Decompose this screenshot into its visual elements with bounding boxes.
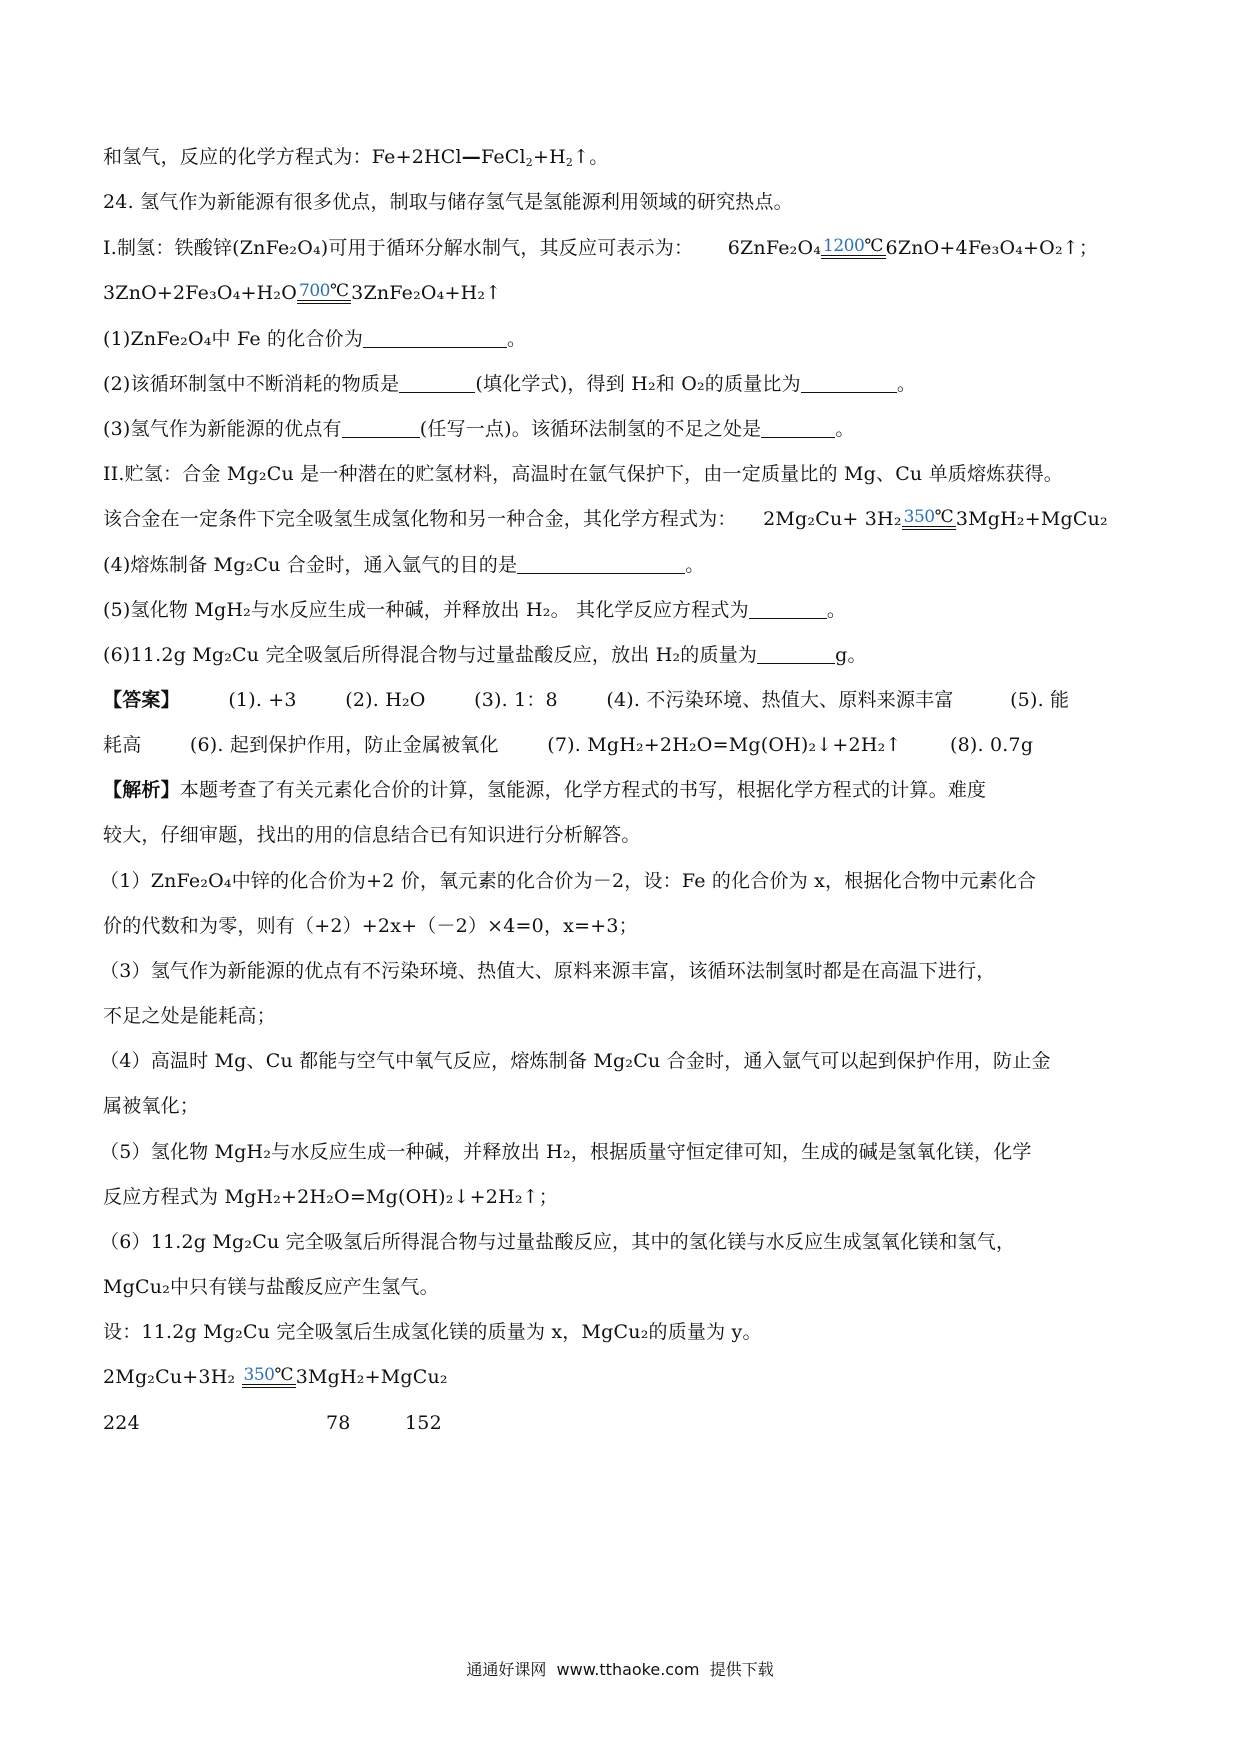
analysis-p6-text-2: MgCu₂中只有镁与盐酸反应产生氢气。: [103, 1276, 439, 1298]
analysis-intro-text-2: 较大，仔细审题，找出的用的信息结合已有知识进行分析解答。: [103, 824, 641, 846]
analysis-intro-line-2: 较大，仔细审题，找出的用的信息结合已有知识进行分析解答。: [103, 822, 641, 848]
q2-end: 。: [897, 373, 916, 395]
q1-end: 。: [507, 328, 526, 350]
q3-mid-text: (任写一点)。该循环法制氢的不足之处是: [420, 418, 762, 440]
mass-mg2cu: 224: [103, 1410, 140, 1436]
answer-item-8: (8). 0.7g: [950, 734, 1033, 756]
answer-label: 【答案】: [103, 689, 180, 711]
analysis-p1-text: （1）ZnFe₂O₄中锌的化合价为+2 价，氧元素的化合价为－2，设：Fe 的化…: [100, 870, 1036, 892]
part2-equation-line: 该合金在一定条件下完全吸氢生成氢化物和另一种合金，其化学方程式为： 2Mg₂Cu…: [103, 506, 1108, 532]
analysis-part-6-line-1: （6）11.2g Mg₂Cu 完全吸氢后所得混合物与过量盐酸反应，其中的氢化镁与…: [100, 1229, 1015, 1255]
eq1-reactants: 6ZnFe₂O₄: [728, 237, 821, 259]
condition-temperature: 1200: [823, 236, 864, 256]
analysis-label: 【解析】: [103, 779, 180, 801]
subquestion-3: (3)氢气作为新能源的优点有(任写一点)。该循环法制氢的不足之处是。: [103, 416, 855, 442]
calc-eq-condition: 350℃: [242, 1365, 296, 1388]
eq1-products: 6ZnO+4Fe₃O₄+O₂↑；: [886, 237, 1099, 259]
answer-item-7: (7). MgH₂+2H₂O=Mg(OH)₂↓+2H₂↑: [547, 734, 901, 756]
reaction-dash: —: [462, 146, 481, 168]
analysis-p3-text-2: 不足之处是能耗高；: [103, 1005, 276, 1027]
analysis-p1-text-2: 价的代数和为零，则有（+2）+2x+（－2）×4=0，x=+3；: [103, 915, 638, 937]
q5-end: 。: [827, 599, 846, 621]
subquestion-1: (1)ZnFe₂O₄中 Fe 的化合价为。: [103, 326, 526, 352]
q1-answer-blank[interactable]: [363, 329, 507, 348]
q3-answer-blank-2[interactable]: [761, 419, 835, 438]
answer-item-2: (2). H₂O: [345, 689, 425, 711]
footer-tail: 提供下载: [710, 1660, 774, 1679]
analysis-p6-text: （6）11.2g Mg₂Cu 完全吸氢后所得混合物与过量盐酸反应，其中的氢化镁与…: [100, 1231, 1015, 1253]
question-number: 24.: [103, 191, 134, 213]
mass-mgcu2: 152: [405, 1410, 442, 1436]
footer-url[interactable]: www.tthaoke.com: [557, 1660, 700, 1679]
q5-text: (5)氢化物 MgH₂与水反应生成一种碱，并释放出 H₂。 其化学反应方程式为: [103, 599, 749, 621]
analysis-p5-text-2: 反应方程式为 MgH₂+2H₂O=Mg(OH)₂↓+2H₂↑；: [103, 1186, 558, 1208]
tail-end: ↑。: [573, 146, 608, 168]
calc-eq-products: 3MgH₂+MgCu₂: [296, 1366, 448, 1388]
analysis-intro-text: 本题考查了有关元素化合价的计算，氢能源，化学方程式的书写，根据化学方程式的计算。…: [180, 779, 986, 801]
condition-temperature: 350: [244, 1365, 275, 1385]
previous-answer-tail: 和氢气，反应的化学方程式为：Fe+2HCl—FeCl2+H2↑。: [103, 144, 608, 170]
eq2-reactants: 3ZnO+2Fe₃O₄+H₂O: [103, 282, 297, 304]
eq2-condition: 700℃: [297, 281, 351, 304]
analysis-p5-text: （5）氢化物 MgH₂与水反应生成一种碱，并释放出 H₂，根据质量守恒定律可知，…: [100, 1141, 1032, 1163]
answer-item-5: (5). 能: [1010, 689, 1069, 711]
subscript: 2: [526, 156, 533, 169]
celsius-symbol: ℃: [330, 281, 349, 301]
analysis-part-4-line-1: （4）高温时 Mg、Cu 都能与空气中氧气反应，熔炼制备 Mg₂Cu 合金时，通…: [100, 1048, 1051, 1074]
condition-temperature: 700: [299, 281, 330, 301]
subquestion-5: (5)氢化物 MgH₂与水反应生成一种碱，并释放出 H₂。 其化学反应方程式为。: [103, 597, 846, 623]
answer-item-3: (3). 1：8: [474, 689, 558, 711]
analysis-part-1-line-2: 价的代数和为零，则有（+2）+2x+（－2）×4=0，x=+3；: [103, 913, 638, 939]
document-page: 和氢气，反应的化学方程式为：Fe+2HCl—FeCl2+H2↑。 24. 氢气作…: [0, 0, 1240, 1754]
answer-line-2: 耗高 (6). 起到保护作用，防止金属被氧化 (7). MgH₂+2H₂O=Mg…: [103, 732, 1033, 758]
part2-eq-reactants: 2Mg₂Cu+ 3H₂: [763, 508, 902, 530]
q3-answer-blank-1[interactable]: [342, 419, 420, 438]
analysis-part-1-line-1: （1）ZnFe₂O₄中锌的化合价为+2 价，氧元素的化合价为－2，设：Fe 的化…: [100, 868, 1036, 894]
analysis-part-4-line-2: 属被氧化；: [103, 1093, 199, 1119]
part2-eq-products: 3MgH₂+MgCu₂: [956, 508, 1108, 530]
q1-text: (1)ZnFe₂O₄中 Fe 的化合价为: [103, 328, 363, 350]
question-stem-text: 氢气作为新能源有很多优点，制取与储存氢气是氢能源利用领域的研究热点。: [140, 191, 793, 213]
analysis-calc-equation: 2Mg₂Cu+3H₂ 350℃3MgH₂+MgCu₂: [103, 1364, 448, 1390]
celsius-symbol: ℃: [935, 507, 954, 527]
q3-end: 。: [835, 418, 854, 440]
q2-answer-blank-2[interactable]: [801, 374, 897, 393]
analysis-let-text: 设：11.2g Mg₂Cu 完全吸氢后生成氢化镁的质量为 x，MgCu₂的质量为…: [103, 1321, 762, 1343]
part1-eq2-line: 3ZnO+2Fe₃O₄+H₂O700℃3ZnFe₂O₄+H₂↑: [103, 280, 501, 306]
eq1-condition: 1200℃: [821, 236, 885, 259]
answer-item-4: (4). 不污染环境、热值大、原料来源丰富: [606, 689, 953, 711]
q5-answer-blank[interactable]: [749, 600, 827, 619]
mass-mgh2: 78: [326, 1410, 351, 1436]
q6-text: (6)11.2g Mg₂Cu 完全吸氢后所得混合物与过量盐酸反应，放出 H₂的质…: [103, 644, 757, 666]
analysis-part-3-line-2: 不足之处是能耗高；: [103, 1003, 276, 1029]
analysis-part-3-line-1: （3）氢气作为新能源的优点有不污染环境、热值大、原料来源丰富，该循环法制氢时都是…: [100, 958, 996, 984]
tail-product-2: +H: [533, 146, 566, 168]
analysis-part-6-line-2: MgCu₂中只有镁与盐酸反应产生氢气。: [103, 1274, 439, 1300]
q6-answer-blank[interactable]: [757, 645, 835, 664]
q2-answer-blank-1[interactable]: [399, 374, 475, 393]
q2-text: (2)该循环制氢中不断消耗的物质是: [103, 373, 399, 395]
question-24-stem: 24. 氢气作为新能源有很多优点，制取与储存氢气是氢能源利用领域的研究热点。: [103, 189, 793, 215]
q4-end: 。: [685, 554, 704, 576]
condition-temperature: 350: [904, 507, 935, 527]
calc-eq-reactants: 2Mg₂Cu+3H₂: [103, 1366, 235, 1388]
analysis-p4-text-2: 属被氧化；: [103, 1095, 199, 1117]
analysis-intro-line-1: 【解析】本题考查了有关元素化合价的计算，氢能源，化学方程式的书写，根据化学方程式…: [103, 777, 986, 803]
analysis-p4-text: （4）高温时 Mg、Cu 都能与空气中氧气反应，熔炼制备 Mg₂Cu 合金时，通…: [100, 1050, 1051, 1072]
part2-heading: II.贮氢：合金 Mg₂Cu 是一种潜在的贮氢材料，高温时在氩气保护下，由一定质…: [103, 463, 1063, 485]
answer-item-6: (6). 起到保护作用，防止金属被氧化: [190, 734, 499, 756]
q4-answer-blank[interactable]: [517, 555, 685, 574]
analysis-p3-text: （3）氢气作为新能源的优点有不污染环境、热值大、原料来源丰富，该循环法制氢时都是…: [100, 960, 996, 982]
tail-product: FeCl: [481, 146, 526, 168]
q2-mid-text: (填化学式)，得到 H₂和 O₂的质量比为: [475, 373, 801, 395]
subquestion-4: (4)熔炼制备 Mg₂Cu 合金时，通入氩气的目的是。: [103, 552, 704, 578]
celsius-symbol: ℃: [864, 236, 883, 256]
part2-text: 该合金在一定条件下完全吸氢生成氢化物和另一种合金，其化学方程式为：: [103, 508, 737, 530]
part2-eq-condition: 350℃: [902, 507, 956, 530]
answer-item-5-continued: 耗高: [103, 734, 141, 756]
part2-heading-line: II.贮氢：合金 Mg₂Cu 是一种潜在的贮氢材料，高温时在氩气保护下，由一定质…: [103, 461, 1063, 487]
analysis-part-5-line-2: 反应方程式为 MgH₂+2H₂O=Mg(OH)₂↓+2H₂↑；: [103, 1184, 558, 1210]
subscript: 2: [566, 156, 573, 169]
subquestion-6: (6)11.2g Mg₂Cu 完全吸氢后所得混合物与过量盐酸反应，放出 H₂的质…: [103, 642, 867, 668]
tail-text: 和氢气，反应的化学方程式为：Fe+2HCl: [103, 146, 462, 168]
eq2-products: 3ZnFe₂O₄+H₂↑: [351, 282, 501, 304]
celsius-symbol: ℃: [275, 1365, 294, 1385]
q6-end: g。: [835, 644, 867, 666]
analysis-part-5-line-1: （5）氢化物 MgH₂与水反应生成一种碱，并释放出 H₂，根据质量守恒定律可知，…: [100, 1139, 1032, 1165]
q3-text: (3)氢气作为新能源的优点有: [103, 418, 342, 440]
page-footer: 通通好课网 www.tthaoke.com 提供下载: [0, 1657, 1240, 1680]
analysis-let-line: 设：11.2g Mg₂Cu 完全吸氢后生成氢化镁的质量为 x，MgCu₂的质量为…: [103, 1319, 762, 1345]
q4-text: (4)熔炼制备 Mg₂Cu 合金时，通入氩气的目的是: [103, 554, 517, 576]
answer-line-1: 【答案】 (1). +3 (2). H₂O (3). 1：8 (4). 不污染环…: [103, 687, 1069, 713]
answer-item-1: (1). +3: [228, 689, 296, 711]
part1-heading: I.制氢：铁酸锌(ZnFe₂O₄)可用于循环分解水制气，其反应可表示为：: [103, 237, 693, 259]
subquestion-2: (2)该循环制氢中不断消耗的物质是(填化学式)，得到 H₂和 O₂的质量比为。: [103, 371, 916, 397]
part1-heading-line: I.制氢：铁酸锌(ZnFe₂O₄)可用于循环分解水制气，其反应可表示为： 6Zn…: [103, 235, 1098, 261]
footer-site-name: 通通好课网: [466, 1660, 546, 1679]
